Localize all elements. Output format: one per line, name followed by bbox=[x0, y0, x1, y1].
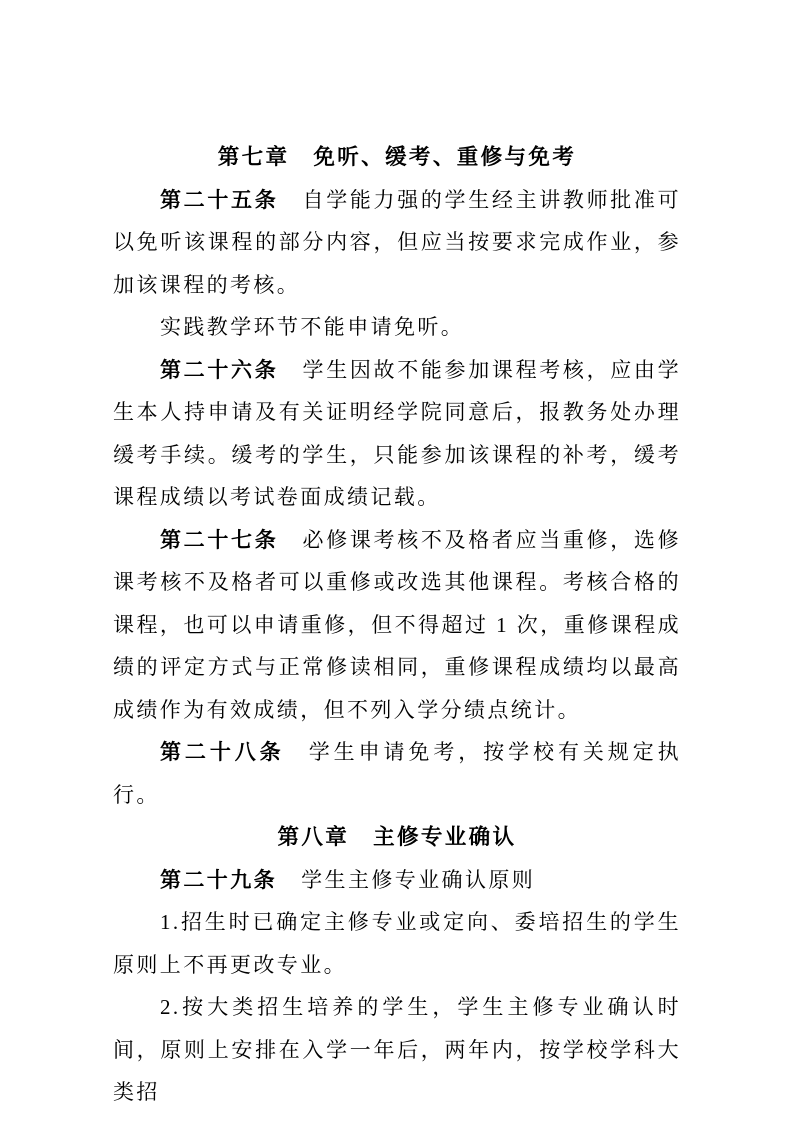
article-26-label: 第二十六条 bbox=[160, 358, 278, 382]
article-29: 第二十九条学生主修专业确认原则 bbox=[113, 859, 681, 902]
article-27-text: 必修课考核不及格者应当重修，选修课考核不及格者可以重修或改选其他课程。考核合格的… bbox=[113, 528, 681, 722]
document-page: 第七章 免听、缓考、重修与免考 第二十五条自学能力强的学生经主讲教师批准可以免听… bbox=[0, 0, 794, 1123]
article-26: 第二十六条学生因故不能参加课程考核，应由学生本人持申请及有关证明经学院同意后，报… bbox=[113, 349, 681, 519]
chapter-7-heading: 第七章 免听、缓考、重修与免考 bbox=[113, 136, 681, 179]
article-28: 第二十八条学生申请免考，按学校有关规定执行。 bbox=[113, 731, 681, 816]
paragraph-practice-note: 实践教学环节不能申请免听。 bbox=[113, 306, 681, 349]
document-body: 第七章 免听、缓考、重修与免考 第二十五条自学能力强的学生经主讲教师批准可以免听… bbox=[113, 136, 681, 1114]
article-28-label: 第二十八条 bbox=[160, 740, 285, 764]
numbered-item-1: 1.招生时已确定主修专业或定向、委培招生的学生原则上不再更改专业。 bbox=[113, 901, 681, 986]
chapter-8-heading: 第八章 主修专业确认 bbox=[113, 816, 681, 859]
article-25: 第二十五条自学能力强的学生经主讲教师批准可以免听该课程的部分内容，但应当按要求完… bbox=[113, 179, 681, 307]
article-29-label: 第二十九条 bbox=[160, 868, 277, 892]
article-27: 第二十七条必修课考核不及格者应当重修，选修课考核不及格者可以重修或改选其他课程。… bbox=[113, 519, 681, 732]
article-29-text: 学生主修专业确认原则 bbox=[301, 868, 535, 892]
numbered-item-2: 2.按大类招生培养的学生，学生主修专业确认时间，原则上安排在入学一年后，两年内，… bbox=[113, 986, 681, 1114]
article-27-label: 第二十七条 bbox=[160, 528, 278, 552]
article-25-label: 第二十五条 bbox=[160, 188, 278, 212]
